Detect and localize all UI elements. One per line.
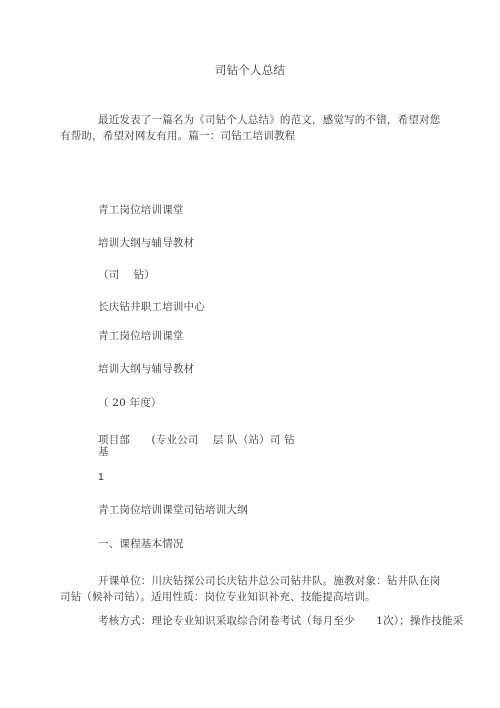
page-number: 1 — [98, 470, 104, 484]
course-unit-paragraph: 开课单位：川庆钻探公司长庆钻井总公司钻井队。施教对象：钻井队在岗司钻（候补司钻）… — [60, 573, 450, 605]
section-title: 青工岗位培训课堂司钻培训大纲 — [98, 503, 248, 517]
line-training-center: 长庆钻井职工培训中心 — [98, 300, 205, 314]
assessment-paragraph: 考核方式：理论专业知识采取综合闭卷考试（每月至少 1次）；操作技能采 — [98, 614, 463, 628]
line-year: （ 20 年度） — [98, 396, 162, 410]
heading-course-info: 一、课程基本情况 — [98, 537, 184, 551]
dept-line-continued: 基 — [98, 445, 109, 459]
line-syllabus: 培训大纲与辅导教材 — [98, 236, 194, 250]
document-page: 司钻个人总结 最近发表了一篇名为《司钻个人总结》的范文，感觉写的不错，希望对您有… — [0, 0, 500, 708]
line-training-class: 青工岗位培训课堂 — [98, 203, 184, 217]
intro-paragraph: 最近发表了一篇名为《司钻个人总结》的范文，感觉写的不错，希望对您有帮助，希望对网… — [60, 112, 450, 144]
line-training-class-2: 青工岗位培训课堂 — [98, 329, 184, 343]
dept-line: 项目部 (专业公司 层 队（站）司 钻 — [98, 433, 295, 447]
document-title: 司钻个人总结 — [0, 63, 500, 77]
line-driller: （司 钻） — [98, 268, 155, 282]
line-syllabus-2: 培训大纲与辅导教材 — [98, 362, 194, 376]
